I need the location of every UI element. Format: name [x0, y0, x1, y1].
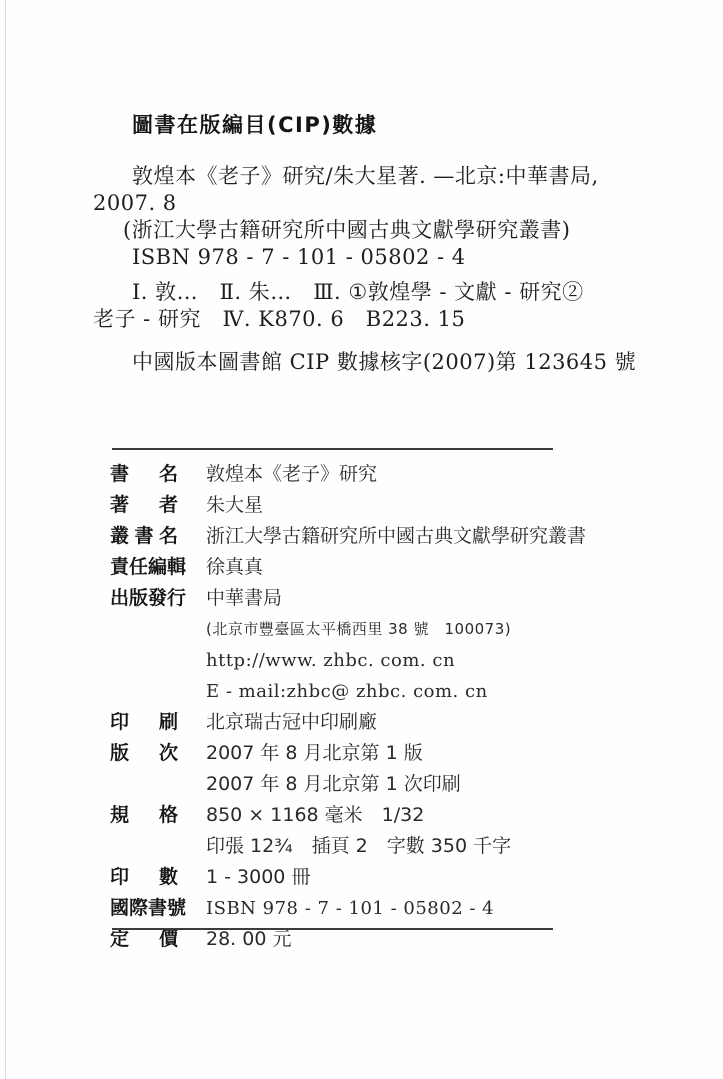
field-label-isbn: 國際書號: [110, 893, 178, 924]
colophon-row-author: 著者 朱大星: [110, 490, 630, 521]
scan-edge-artifact: [5, 0, 6, 1079]
field-value-publisher-address: (北京市豐臺區太平橋西里 38 號 100073): [206, 614, 511, 645]
colophon-row-title: 書名 敦煌本《老子》研究: [110, 459, 630, 490]
field-value-format-1: 850 × 1168 毫米 1/32: [206, 800, 511, 831]
field-value-print-run: 1 - 3000 冊: [206, 862, 310, 893]
field-value-series: 浙江大學古籍研究所中國古典文獻學研究叢書: [206, 521, 586, 552]
field-label-author: 著者: [110, 490, 178, 521]
field-value-format-2: 印張 12¾ 插頁 2 字數 350 千字: [206, 831, 511, 862]
field-value-isbn: ISBN 978 - 7 - 101 - 05802 - 4: [206, 893, 494, 924]
divider-rule-top: [112, 448, 553, 450]
field-value-title: 敦煌本《老子》研究: [206, 459, 377, 490]
field-value-publisher-email: E - mail:zhbc@ zhbc. com. cn: [206, 676, 511, 707]
colophon-row-format: 規格 850 × 1168 毫米 1/32 印張 12¾ 插頁 2 字數 350…: [110, 800, 630, 862]
colophon-row-publisher: 出版發行 中華書局 (北京市豐臺區太平橋西里 38 號 100073) http…: [110, 583, 630, 707]
divider-rule-bottom: [112, 928, 553, 930]
field-label-editor: 責任編輯: [110, 552, 178, 583]
field-label-print-run: 印數: [110, 862, 178, 893]
book-copyright-page: { "cip": { "header": "圖書在版編目(CIP)數據", "t…: [0, 0, 723, 1079]
colophon-row-isbn: 國際書號 ISBN 978 - 7 - 101 - 05802 - 4: [110, 893, 630, 924]
colophon-row-series: 叢書名 浙江大學古籍研究所中國古典文獻學研究叢書: [110, 521, 630, 552]
field-label-title: 書名: [110, 459, 178, 490]
cip-title-line: 敦煌本《老子》研究/朱大星著. —北京:中華書局,: [93, 163, 649, 190]
cip-classification-line-2: 老子 - 研究 Ⅳ. K870. 6 B223. 15: [93, 306, 649, 333]
field-value-author: 朱大星: [206, 490, 263, 521]
colophon-row-printer: 印刷 北京瑞古冠中印刷廠: [110, 707, 630, 738]
colophon-table: 書名 敦煌本《老子》研究 著者 朱大星 叢書名 浙江大學古籍研究所中國古典文獻學…: [110, 459, 630, 955]
cip-title-wrap: 2007. 8: [93, 190, 649, 217]
cip-record-line: 中國版本圖書館 CIP 數據核字(2007)第 123645 號: [93, 349, 649, 376]
colophon-row-editor: 責任編輯 徐真真: [110, 552, 630, 583]
field-value-publisher-url: http://www. zhbc. com. cn: [206, 645, 511, 676]
field-label-series: 叢書名: [110, 521, 178, 552]
field-label-edition: 版次: [110, 738, 178, 769]
field-label-format: 規格: [110, 800, 178, 831]
cip-isbn-line: ISBN 978 - 7 - 101 - 05802 - 4: [93, 244, 649, 271]
field-label-printer: 印刷: [110, 707, 178, 738]
field-value-publisher-name: 中華書局: [206, 583, 511, 614]
colophon-row-print-run: 印數 1 - 3000 冊: [110, 862, 630, 893]
field-value-editor: 徐真真: [206, 552, 263, 583]
cip-series-line: (浙江大學古籍研究所中國古典文獻學研究叢書): [93, 217, 649, 244]
field-value-edition-1: 2007 年 8 月北京第 1 版: [206, 738, 461, 769]
cip-classification-line-1: Ⅰ. 敦… Ⅱ. 朱… Ⅲ. ①敦煌學 - 文獻 - 研究②: [93, 279, 649, 306]
field-label-publisher: 出版發行: [110, 583, 178, 614]
cip-header: 圖書在版編目(CIP)數據: [93, 112, 649, 138]
colophon-row-edition: 版次 2007 年 8 月北京第 1 版 2007 年 8 月北京第 1 次印刷: [110, 738, 630, 800]
field-value-edition-2: 2007 年 8 月北京第 1 次印刷: [206, 769, 461, 800]
field-value-printer: 北京瑞古冠中印刷廠: [206, 707, 377, 738]
cip-block: 圖書在版編目(CIP)數據 敦煌本《老子》研究/朱大星著. —北京:中華書局, …: [93, 112, 649, 376]
